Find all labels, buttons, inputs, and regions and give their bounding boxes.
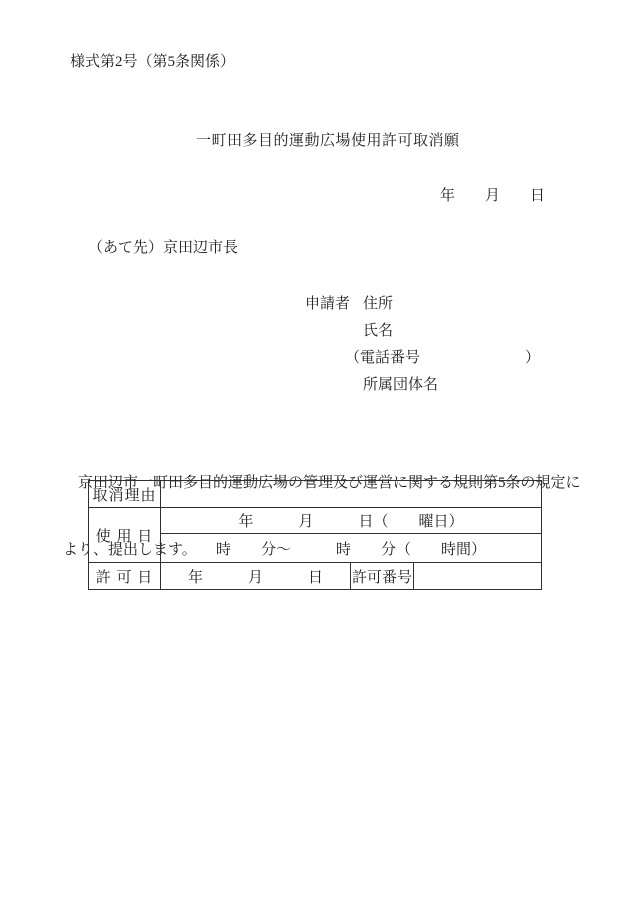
use-time-cell: 時 分～ 時 分（ 時間） (161, 534, 542, 563)
date-line: 年 月 日 (440, 186, 545, 206)
use-date-label-cell: 使 用 日 (89, 508, 161, 563)
applicant-label: 申請者 (305, 296, 350, 312)
form-number: 様式第2号（第5条関係） (70, 52, 235, 72)
applicant-address-label: 住所 (363, 296, 393, 312)
permit-date-label-cell: 許 可 日 (89, 563, 161, 590)
document-title: 一町田多目的運動広場使用許可取消願 (196, 131, 460, 151)
use-date-cell: 年 月 日（ 曜日） (161, 508, 542, 534)
reason-value-cell (161, 481, 542, 508)
document-page: 様式第2号（第5条関係） 一町田多目的運動広場使用許可取消願 年 月 日 （あて… (0, 0, 630, 903)
reason-label-cell: 取消理由 (89, 481, 161, 508)
applicant-line: 申請者住所 (305, 294, 393, 314)
applicant-phone-label: （電話番号 ） (345, 348, 540, 368)
permit-number-value-cell (414, 563, 542, 590)
applicant-name-label: 氏名 (363, 321, 393, 341)
cancellation-table: 取消理由 使 用 日 年 月 日（ 曜日） 時 分～ 時 分（ 時間） 許 可 … (88, 480, 542, 590)
permit-number-label-cell: 許可番号 (351, 563, 414, 590)
permit-date-cell: 年 月 日 (161, 563, 351, 590)
addressee-line: （あて先）京田辺市長 (88, 238, 238, 258)
applicant-organization-label: 所属団体名 (363, 375, 438, 395)
